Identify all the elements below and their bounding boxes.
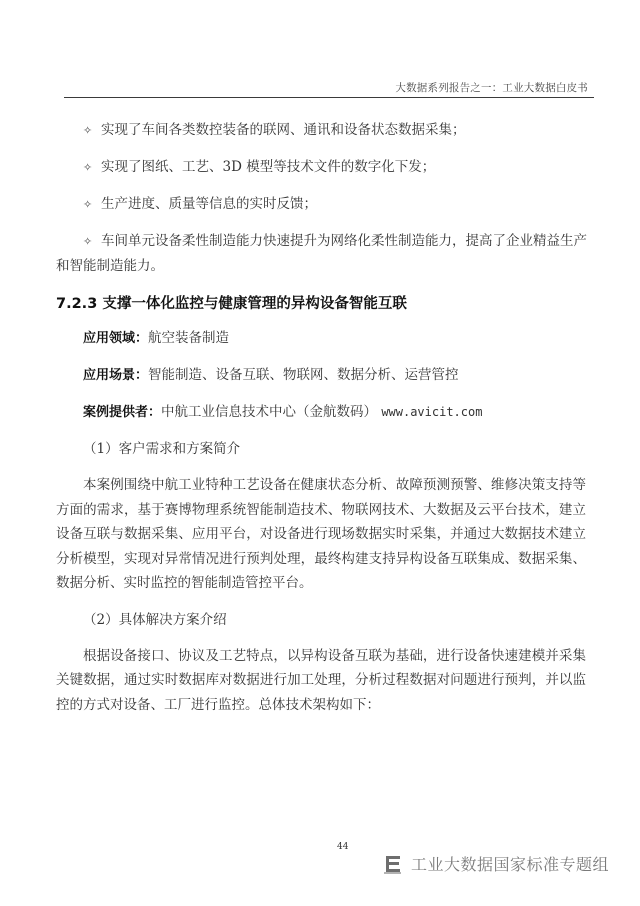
bullet-continuation: 和智能制造能力。 [56, 254, 586, 278]
diamond-bullet-icon: ✧ [83, 119, 101, 143]
subsection-heading: （1）客户需求和方案简介 [56, 437, 586, 461]
field-label: 案例提供者： [83, 405, 161, 420]
bullet-text: 实现了车间各类数控装备的联网、通讯和设备状态数据采集； [101, 122, 466, 138]
diamond-bullet-icon: ✧ [83, 156, 101, 180]
footer-logo-text: 工业大数据国家标准专题组 [411, 852, 609, 875]
footer-logo: 工业大数据国家标准专题组 [383, 852, 609, 875]
field-value: 航空装备制造 [148, 330, 229, 346]
subsection-paragraph: 根据设备接口、协议及工艺特点，以异构设备互联为基础，进行设备快速建模并采集关键数… [56, 644, 586, 718]
diamond-bullet-icon: ✧ [83, 230, 101, 254]
diamond-bullet-icon: ✧ [83, 193, 101, 217]
subsection-heading: （2）具体解决方案介绍 [56, 608, 586, 632]
bullet-item: ✧实现了车间各类数控装备的联网、通讯和设备状态数据采集； [56, 118, 586, 143]
field-application-scenario: 应用场景：智能制造、设备互联、物联网、数据分析、运营管控 [56, 363, 586, 388]
bullet-text: 生产进度、质量等信息的实时反馈； [101, 196, 317, 212]
page-content: ✧实现了车间各类数控装备的联网、通讯和设备状态数据采集； ✧实现了图纸、工艺、3… [56, 118, 586, 729]
field-label: 应用场景： [83, 368, 148, 383]
field-value: 中航工业信息技术中心（金航数码） [161, 404, 377, 420]
bullet-item: ✧生产进度、质量等信息的实时反馈； [56, 192, 586, 217]
provider-url: www.avicit.com [381, 405, 482, 419]
subsection-paragraph: 本案例围绕中航工业特种工艺设备在健康状态分析、故障预测预警、维修决策支持等方面的… [56, 473, 586, 596]
book-stack-icon [383, 853, 403, 875]
section-heading: 7.2.3 支撑一体化监控与健康管理的异构设备智能互联 [56, 292, 586, 316]
field-case-provider: 案例提供者：中航工业信息技术中心（金航数码） www.avicit.com [56, 400, 586, 425]
page-number: 44 [337, 842, 348, 852]
page-header: 大数据系列报告之一：工业大数据白皮书 [64, 78, 594, 98]
bullet-text: 实现了图纸、工艺、3D 模型等技术文件的数字化下发； [101, 159, 435, 175]
field-application-domain: 应用领域：航空装备制造 [56, 326, 586, 351]
header-title: 大数据系列报告之一：工业大数据白皮书 [395, 80, 588, 95]
section-number: 7.2.3 [56, 296, 97, 312]
bullet-item: ✧车间单元设备柔性制造能力快速提升为网络化柔性制造能力，提高了企业精益生产 [56, 229, 586, 254]
field-label: 应用领域： [83, 331, 148, 346]
bullet-item: ✧实现了图纸、工艺、3D 模型等技术文件的数字化下发； [56, 155, 586, 180]
bullet-text: 车间单元设备柔性制造能力快速提升为网络化柔性制造能力，提高了企业精益生产 [101, 233, 587, 249]
field-value: 智能制造、设备互联、物联网、数据分析、运营管控 [148, 367, 459, 383]
section-title: 支撑一体化监控与健康管理的异构设备智能互联 [102, 296, 407, 312]
